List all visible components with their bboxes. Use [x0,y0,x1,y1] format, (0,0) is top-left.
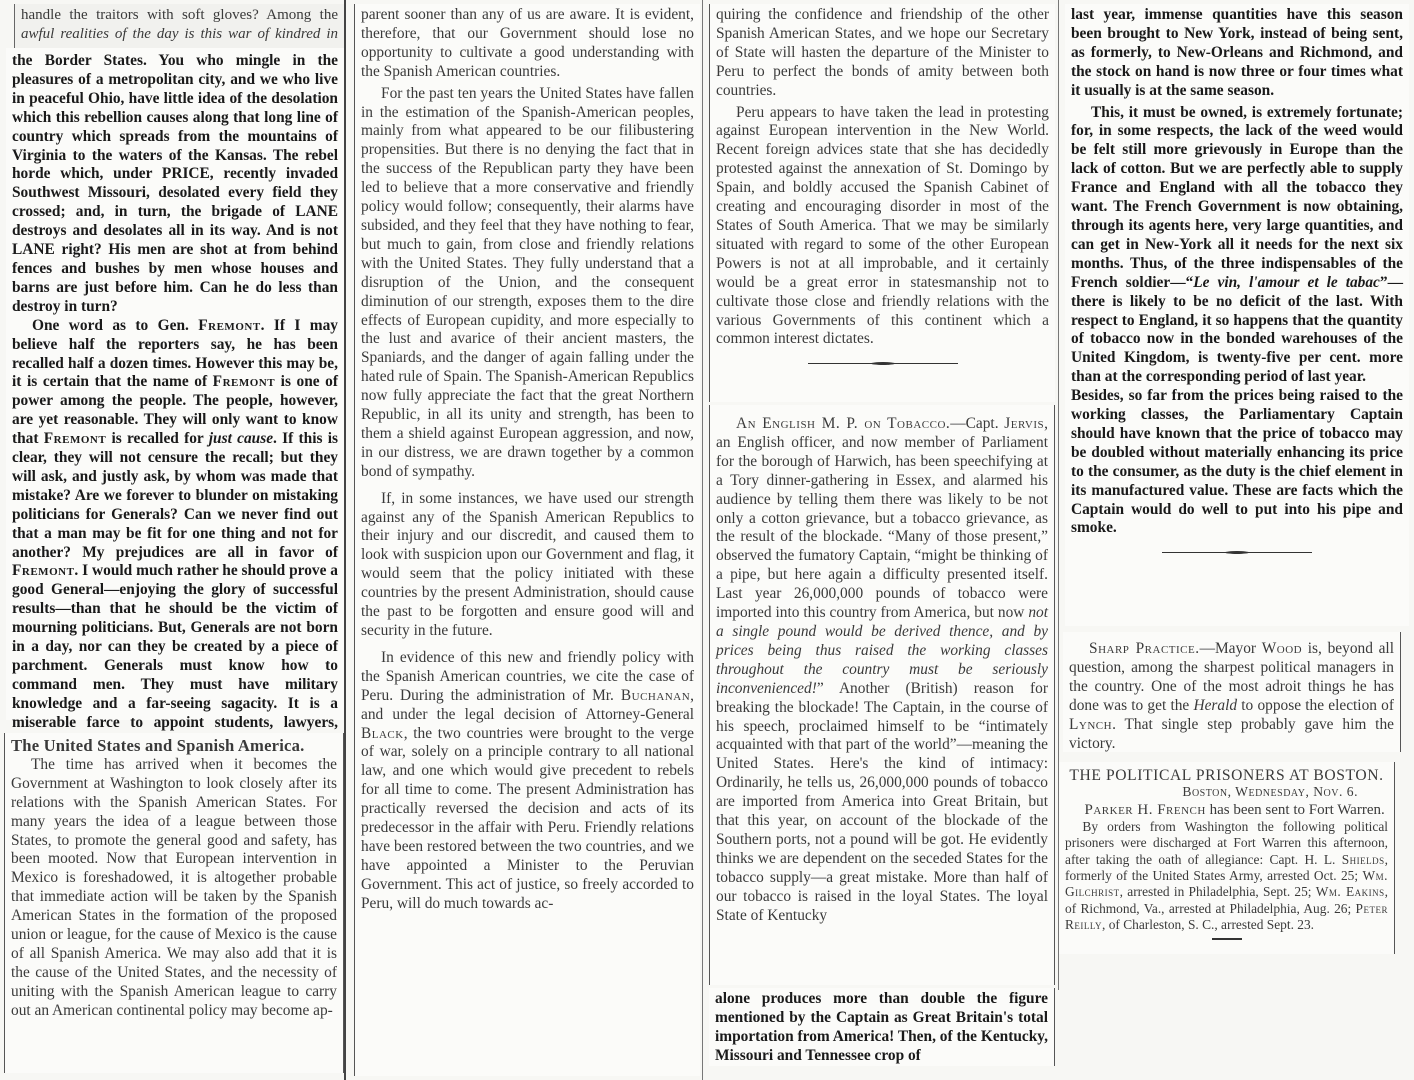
column-3: quiring the confidence and friendship of… [703,0,1057,1080]
paragraph-tobacco: An English M. P. on Tobacco.—Capt. Jervi… [716,415,1048,925]
dateline: Boston, Wednesday, Nov. 6. [1065,784,1388,800]
paragraph-some-instances: If, in some instances, we have used our … [361,490,694,641]
clipping-tobacco-supply: last year, immense quantities have this … [1065,4,1409,626]
paragraph-kentucky: alone produces more than double the figu… [715,990,1048,1066]
end-rule [1212,938,1242,940]
fragment-line: awful realities of the day is this war o… [21,25,338,44]
column-4: last year, immense quantities have this … [1059,0,1414,1080]
paragraph-fortunate: This, it must be owned, is extremely for… [1071,104,1403,388]
paragraph-intro: The time has arrived when it becomes the… [11,756,337,1021]
column-1: handle the traitors with soft gloves? Am… [0,0,345,1080]
clipping-us-spanish-america: The United States and Spanish America. T… [4,733,344,1073]
paragraph-parent-sooner: parent sooner than any of us are aware. … [361,6,694,82]
section-divider [1162,548,1312,556]
paragraph-past-ten-years: For the past ten years the United States… [361,85,694,482]
clipping-kentucky-continued: alone produces more than double the figu… [709,988,1055,1066]
clipping-english-mp-tobacco: An English M. P. on Tobacco.—Capt. Jervi… [709,405,1055,985]
paragraph-border-states: the Border States. You who mingle in the… [12,52,338,317]
paragraph-quiring: quiring the confidence and friendship of… [716,6,1049,101]
paragraph-last-year: last year, immense quantities have this … [1071,6,1403,101]
section-divider [808,359,958,367]
paragraph-besides: Besides, so far from the prices being ra… [1071,387,1403,538]
clipping-sharp-practice: Sharp Practice.—Mayor Wood is, beyond al… [1063,632,1401,752]
paragraph-french: Parker H. French has been sent to Fort W… [1065,801,1388,819]
clipping-veteran-letter: the Border States. You who mingle in the… [6,48,344,720]
clipping-top-fragment: handle the traitors with soft gloves? Am… [14,4,344,48]
column-2: parent sooner than any of us are aware. … [346,0,702,1080]
article-headline: The United States and Spanish America. [11,737,337,756]
article-headline: THE POLITICAL PRISONERS AT BOSTON. [1065,768,1388,784]
paragraph-peru-evidence: In evidence of this new and friendly pol… [361,649,694,914]
paragraph-sharp-practice: Sharp Practice.—Mayor Wood is, beyond al… [1069,640,1394,753]
fragment-line: handle the traitors with soft gloves? Am… [21,6,338,25]
clipping-spanish-america-continued: parent sooner than any of us are aware. … [354,4,700,1076]
clipping-political-prisoners: THE POLITICAL PRISONERS AT BOSTON. Bosto… [1059,762,1395,954]
paragraph-peru-lead: Peru appears to have taken the lead in p… [716,104,1049,350]
clipping-peru-protest: quiring the confidence and friendship of… [709,4,1055,402]
paragraph-discharged: By orders from Washington the following … [1065,819,1388,934]
